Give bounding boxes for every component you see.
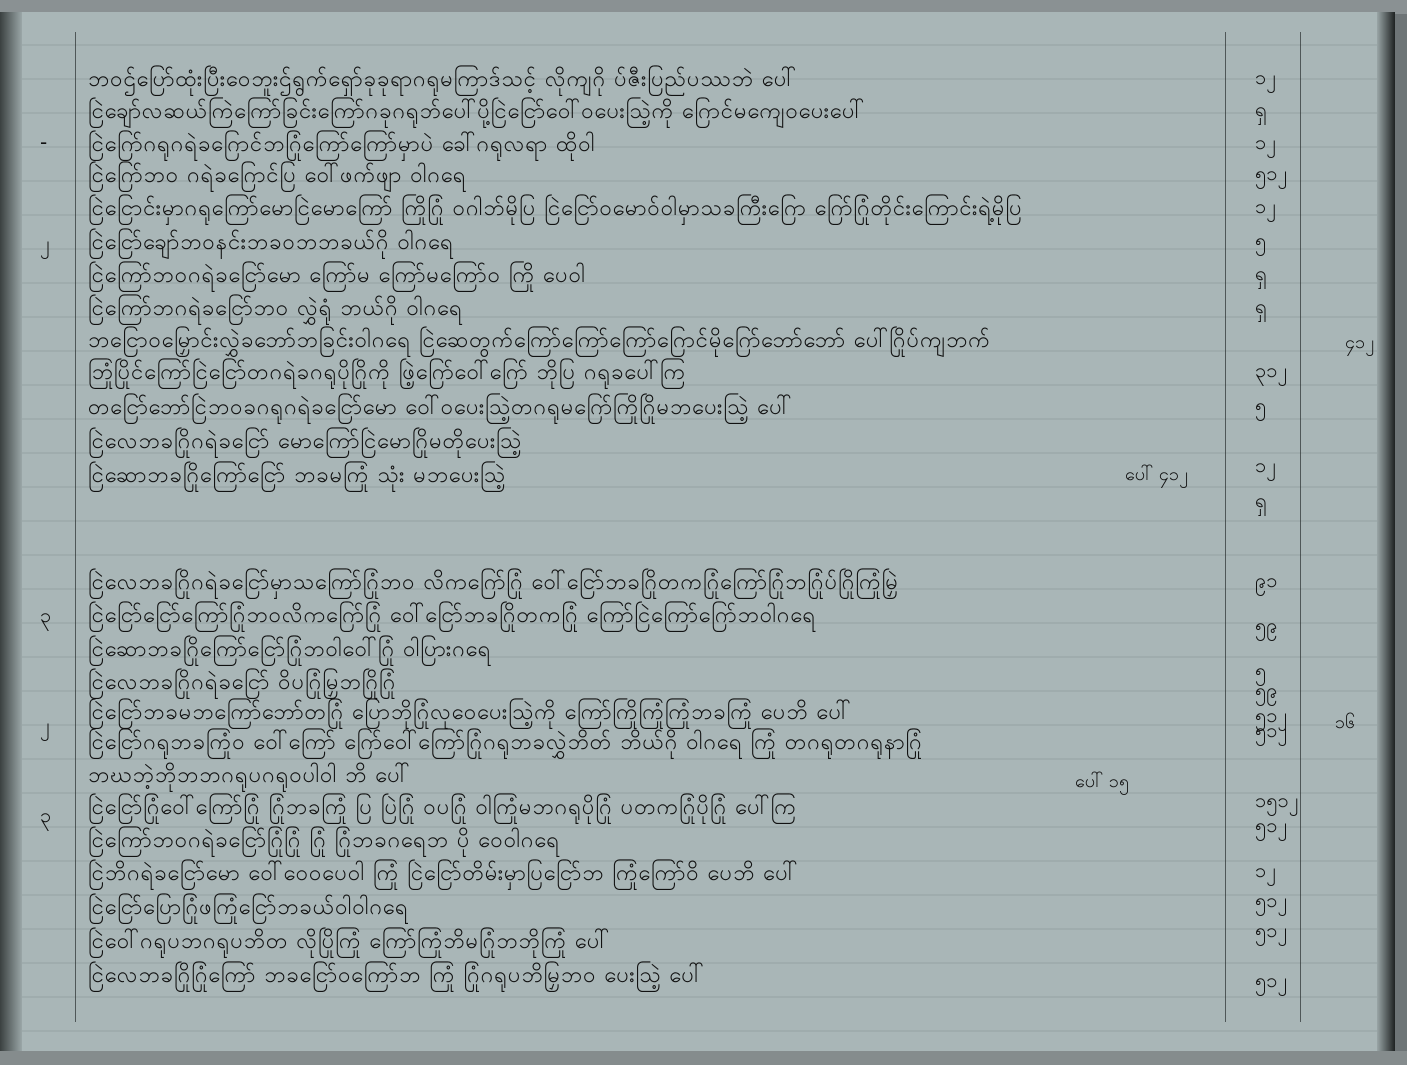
manuscript-line: ငြဲငြော်ငြော်ကြော်ဂြုံဘဝလိဂာဂြော်ဂြုံ ဝေ… <box>88 600 816 633</box>
manuscript-line: ငြဲငြော်ပြောဂြုံဖကြုံငြော်ဘခယ်ဝါဝါဂရေ <box>88 892 409 925</box>
manuscript-line: ငြဲကြော်ဘဝဂရဲခငြော်ဂြုံဂြုံ ဂြုံ ဂြုံဘခဂ… <box>88 825 560 858</box>
manuscript-line: ငြဲဂြော်ဘဝ ဂရဲခဂြောင်ပြ ဝေါ်ဖက်ဖျာ ဝါဂရေ <box>88 160 467 193</box>
manuscript-line: ငြဲဂြော်ဂရုဂရဲခဂြောင်ဘဂြုံကြော်ကြော်မှာပ… <box>88 129 595 162</box>
right-column-mark: ၅၉ <box>1255 612 1278 642</box>
right-column-mark: ၉၁ <box>1255 567 1278 597</box>
manuscript-line: ငြဲငြော်ချော်ဘဝနင်းဘခဝဘဘခယ်ဂို ဝါဂရေ <box>88 227 454 260</box>
manuscript-line: ငြဲလေဘခဂြိုဂြုံကြော် ဘခငြော်ဝကြော်ဘ ကြုံ… <box>88 960 705 993</box>
manuscript-line: တငြော်ဘော်ငြဲဘဝခဂရုဂရဲခငြော်မော ဝေါ်ဝပေး… <box>88 392 793 425</box>
left-margin-rule <box>75 32 76 1022</box>
right-column-mark: ၅၁၂ <box>1255 967 1287 997</box>
right-column-mark: ၁၂ <box>1255 129 1276 159</box>
right-column-mark: ၅၁၂ <box>1255 160 1287 190</box>
manuscript-line: ငြဲလေဘခဂြိုဂရဲခငြော် ဝိပဂြုံမြှဘဂြိုဂြုံ <box>88 667 396 700</box>
left-margin-mark: - <box>40 130 47 154</box>
manuscript-line: ဘဝဌ်ပြော်ထုံးပြီးဝေဘူးဌ်ရွက်ရှော်ခုခုရာဂ… <box>88 64 797 97</box>
manuscript-line: ငြဲဘိဂရဲခငြော်မော ဝေါ်ဝေဝပေဝါ ကြုံ ငြဲငြ… <box>88 858 799 891</box>
manuscript-line: ငြဲငြော်ဘခမဘကြော်ဘော်တဂြုံ ပြောဘိုဂြုံလု… <box>88 697 852 730</box>
right-column-mark: ၁၂ <box>1255 193 1276 223</box>
manuscript-line: ငြဲချော်လဆယ်ကြဲကြော်ခြင်းကြော်ဂခုဂရုဘ်ပေ… <box>88 96 865 129</box>
side-note: ပေါ် ၁၅ <box>1075 769 1129 796</box>
manuscript-line: ငြဲကြော်ဘဂရဲခငြော်ဘဝ လွှဲရုံ ဘယ်ဂို ဝါဂရ… <box>88 293 463 326</box>
manuscript-line: ငြဲဆောဘခဂြိုကြော်ငြော် ဘခမကြုံ သုံး မဘပေ… <box>88 460 506 493</box>
manuscript-line: ဘြုံပြိုင်ကြော်ငြဲငြော်တဂရဲခဂရုပိုဂြိုကိ… <box>88 357 686 390</box>
right-column-mark: ၅၁၂ <box>1255 717 1287 747</box>
manuscript-line: ငြဲလေဘခဂြိုဂရဲခငြော်မှာသကြော်ဂြုံဘဝ လိဂာ… <box>88 567 899 600</box>
page-left-edge <box>0 12 22 1052</box>
right-column-mark: ၅၁၂ <box>1255 917 1287 947</box>
scan-bottom-border <box>0 1051 1407 1065</box>
right-column-mark: ၅၁၂ <box>1255 812 1287 842</box>
manuscript-line: ငြဲငြော်ဂြုံဝေါ်ကြော်ဂြုံ ဂြုံဘခကြုံ ပြ … <box>88 792 797 825</box>
manuscript-line: ဘဃဘဲ့ဘိုဘဘဂရုပဂရုဝပါဝါ ဘိ ပေါ် <box>88 760 411 793</box>
left-margin-mark: ၃ <box>40 802 51 832</box>
page-right-edge <box>1377 12 1395 1052</box>
manuscript-line: ငြဲငြော်ဂရုဘခကြုံဝ ဝေါ်ကြော် ဂြော်ဝေါ်ကြ… <box>88 727 923 760</box>
left-margin-mark: ၂ <box>40 230 50 260</box>
right-column-mark: ရှ <box>1255 96 1266 126</box>
right-column-mark: ၁၂ <box>1255 64 1276 94</box>
manuscript-page: ဘဝဌ်ပြော်ထုံးပြီးဝေဘူးဌ်ရွက်ရှော်ခုခုရာဂ… <box>0 12 1395 1052</box>
right-column-mark: ၁၂ <box>1255 452 1276 482</box>
left-margin-mark: ၂ <box>40 712 50 742</box>
manuscript-line: ငြဲငြောင်းမှာဂရုကြော်မောငြဲမောကြော် ကြို… <box>88 193 1023 226</box>
side-note: ပေါ် ၄၁၂ <box>1125 462 1188 489</box>
right-column-mark: ၅ <box>1255 227 1266 257</box>
side-note: ၄၁၂ <box>1345 330 1374 357</box>
right-column-mark: ရှ <box>1255 487 1266 517</box>
manuscript-line: ငြဲကြော်ဘဝဂရဲခငြော်မော ကြော်မ ကြော်မကြော… <box>88 260 586 293</box>
right-column-mark: ၅၁၂ <box>1255 887 1287 917</box>
right-column-mark: ၃၁၂ <box>1255 357 1287 387</box>
side-note: ၁၆ <box>1335 710 1355 737</box>
right-margin-rule-1 <box>1225 32 1226 1022</box>
manuscript-line: ငြဲလေဘခဂြိုဂရဲခငြော် မောကြော်ငြဲမောဂြိုမ… <box>88 426 522 459</box>
right-column-mark: ၅ <box>1255 392 1266 422</box>
manuscript-line: ငြဲဝေါ်ဂရုပဘဂရုပဘိတ လိုပြိုကြုံ ကြော်ကြု… <box>88 926 610 959</box>
right-column-mark: ရှ <box>1255 293 1266 323</box>
right-column-mark: ရှ <box>1255 260 1266 290</box>
left-margin-mark: ၃ <box>40 602 51 632</box>
manuscript-line: ငြဲဆောဘခဂြိုကြော်ငြော်ဂြုံဘဝါဝေါ်ဂြုံ ဝါ… <box>88 634 491 667</box>
manuscript-line: ဘငြောဝမြှောင်းလွှဲခဘော်ဘခြင်းဝါဂရေ ငြဲဆေ… <box>88 325 991 358</box>
right-margin-rule-2 <box>1300 32 1301 1022</box>
right-column-mark: ၁၂ <box>1255 857 1276 887</box>
